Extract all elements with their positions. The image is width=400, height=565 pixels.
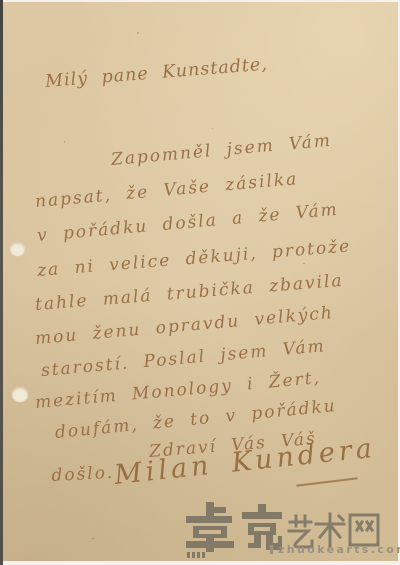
watermark-domain: zhuokearts.com [270,543,400,556]
watermark-domain-text: zhuokearts.com [278,543,400,556]
paper-speck [212,128,213,129]
scan-edge-shadow [0,0,3,565]
letter-scan: Milý pane Kunstadte, Zapomněl jsem Vám n… [0,0,400,565]
zhuokearts-watermark: zhuokearts.com [186,502,400,560]
paper-speck [92,538,94,539]
paper-speck [64,141,65,143]
punch-hole [12,387,28,402]
paper-speck [303,263,305,264]
watermark-bullet-icon [270,545,273,554]
shu-char-icon [316,514,344,546]
punch-hole [10,242,25,256]
zhuo-logo-glyph-icon [186,502,234,558]
letter-line: došlo. [51,463,115,486]
wang-char-icon [350,515,378,545]
paper-speck [137,32,139,34]
